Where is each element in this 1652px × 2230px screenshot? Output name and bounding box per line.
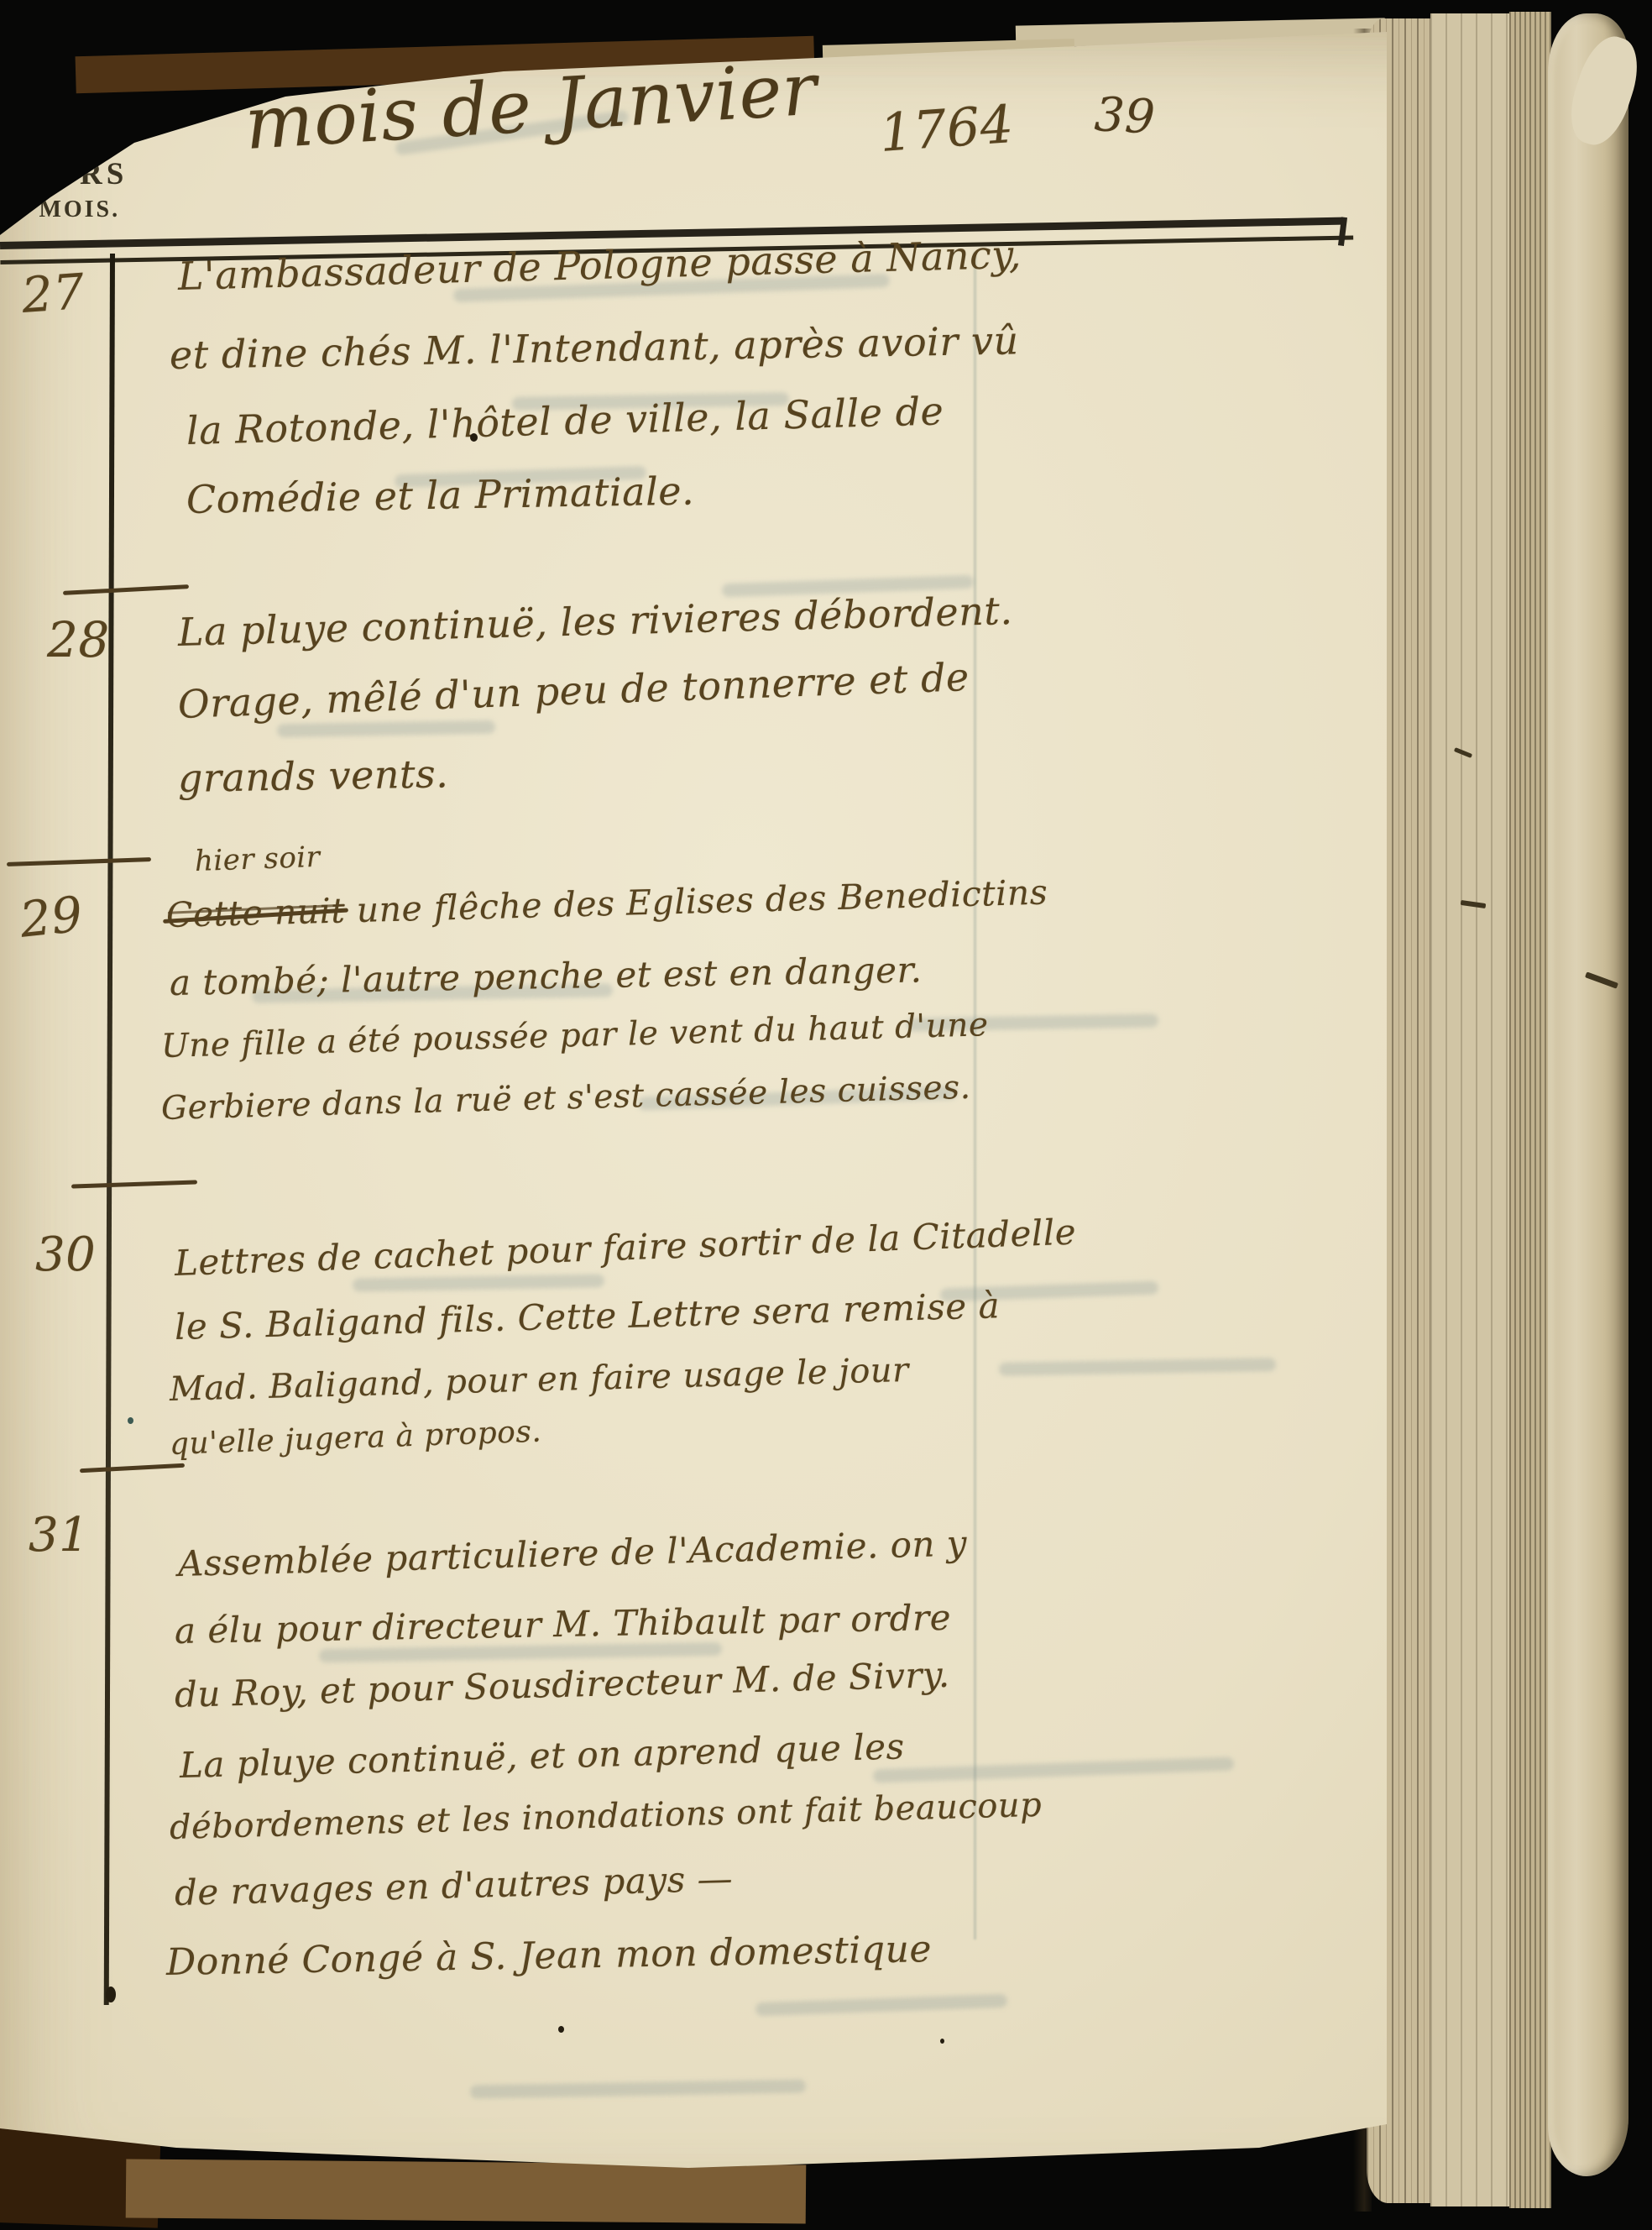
day-number: 30 — [35, 1228, 96, 1282]
ink-blot — [470, 433, 478, 442]
entry-separator-tick — [63, 584, 189, 595]
entry-line: Comédie et la Primatiale. — [186, 468, 695, 522]
entry-line: a tombé; l'autre penche et est en danger… — [170, 949, 923, 1003]
printed-days-label-line1: JOURS — [5, 156, 128, 192]
entry-line-rest: une flêche des Eglises des Benedictins — [356, 872, 1048, 931]
paper-fold-line — [974, 252, 976, 1939]
page-edge-band — [1509, 12, 1551, 2208]
ink-blot — [940, 2039, 944, 2044]
entry-line: a élu pour directeur M. Thibault par ord… — [175, 1597, 952, 1652]
book-cover-edge — [126, 2159, 807, 2223]
entry-separator-tick — [80, 1463, 185, 1474]
inserted-correction: hier soir — [194, 840, 321, 878]
ink-blot — [128, 1417, 133, 1424]
entry-line: La pluye continuë, et on aprend que les — [179, 1725, 905, 1786]
entry-separator-tick — [71, 1180, 197, 1188]
day-number: 29 — [17, 885, 86, 948]
entry-line: Mad. Baligand, pour en faire usage le jo… — [169, 1351, 909, 1409]
printed-days-label-line2: DU MOIS. — [0, 196, 120, 223]
page-edge-band — [1430, 13, 1513, 2206]
entry-line: du Roy, et pour Sousdirecteur M. de Sivr… — [174, 1654, 950, 1715]
entry-line: Donné Congé à S. Jean mon domestique — [166, 1928, 933, 1984]
ink-blot — [106, 1987, 116, 2002]
day-number: 31 — [29, 1508, 89, 1563]
entry-line: Lettres de cachet pour faire sortir de l… — [174, 1212, 1077, 1284]
entry-line: le S. Baligand fils. Cette Lettre sera r… — [174, 1285, 1000, 1348]
entry-line: la Rotonde, l'hôtel de ville, la Salle d… — [186, 388, 944, 453]
entry-line: débordemens et les inondations ont fait … — [169, 1786, 1042, 1847]
entry-line: de ravages en d'autres pays — — [174, 1858, 733, 1913]
entry-line: grands vents. — [178, 751, 449, 801]
entry-line: qu'elle jugera à propos. — [169, 1415, 542, 1462]
year-script: 1764 — [877, 93, 1015, 164]
entry-line: Une fille a été poussée par le vent du h… — [160, 1006, 989, 1065]
entry-separator-tick — [7, 857, 151, 866]
entry-line: Orage, mêlé d'un peu de tonnerre et de — [177, 654, 970, 727]
folio-number: 39 — [1093, 87, 1157, 145]
entry-line: Assemblée particuliere de l'Academie. on… — [177, 1522, 967, 1584]
entry-line: Gerbiere dans la ruë et s'est cassée les… — [160, 1069, 971, 1128]
entry-line: La pluye continuë, les rivieres déborden… — [177, 588, 1013, 655]
book-fore-edge — [1353, 12, 1652, 2222]
ink-blot — [558, 2026, 564, 2033]
struck-out-text: Cette nuit — [165, 890, 345, 935]
entry-line: Cette nuit une flêche des Eglises des Be… — [165, 872, 1048, 935]
entry-line: et dine chés M. l'Intendant, après avoir… — [170, 317, 1020, 378]
scanned-book-photo: JOURS DU MOIS. mois de Janvier 1764 39 2… — [0, 0, 1652, 2230]
day-number: 28 — [47, 611, 110, 668]
day-column-rule — [104, 254, 115, 2005]
page-edge-band — [1548, 13, 1628, 2176]
day-number: 27 — [20, 263, 86, 324]
